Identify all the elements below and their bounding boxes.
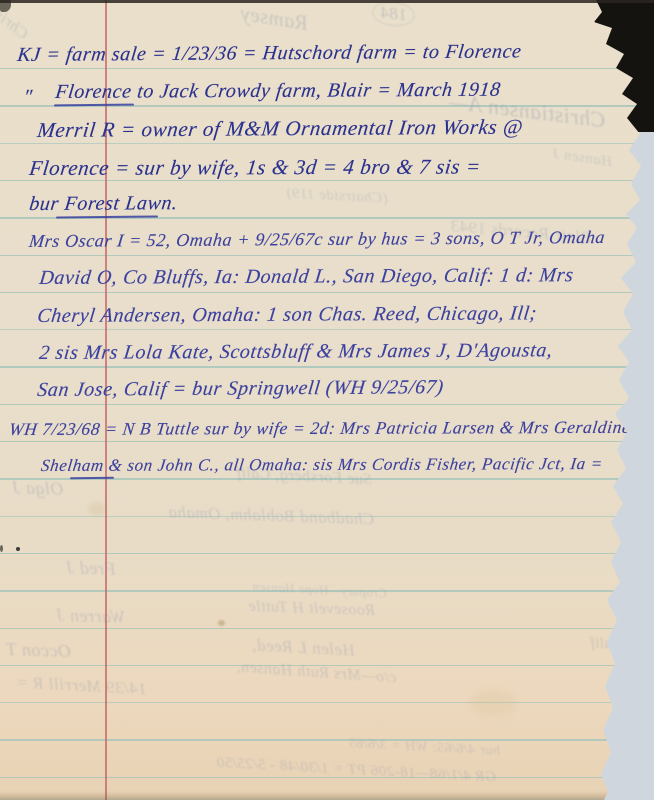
ruled-line [0,441,654,442]
ink-bleedthrough-text: 184 [371,0,416,28]
ink-bleedthrough-text: Ramsey [238,1,309,36]
ruled-line [0,553,654,554]
handwritten-line: WH 7/23/68 = N B Tuttle sur by wife = 2d… [8,417,632,439]
handwritten-line: KJ = farm sale = 1/23/36 = Hutschord far… [16,40,523,67]
ink-bleedthrough-text: Olga J [12,477,64,500]
ink-bleedthrough-text: Calif [589,635,623,654]
handwritten-line: Florence = sur by wife, 1s & 3d = 4 bro … [28,154,482,180]
handwritten-line: bur Forest Lawn. [28,192,179,216]
edge-speck [0,545,3,552]
ink-bleedthrough-text: (Chairside 119) [286,185,389,207]
ink-bleedthrough-text: Roosevelt H Tuttle [248,598,376,620]
ruled-line [0,702,654,703]
paper-stain [470,690,516,716]
ink-speck [16,547,20,551]
scan-top-edge [0,0,654,3]
scanned-page-scene: ChrisRamsey184Christiansen A—Hansen J(Ch… [0,0,654,800]
ink-bleedthrough-text: 14/39 Merrill R = [16,673,148,700]
ink-bleedthrough-text: Hansen J [551,146,613,171]
ink-bleedthrough-text: Helen L Reed, [252,635,356,660]
ink-bleedthrough-text: 11 [620,552,634,568]
handwritten-line: Mrs Oscar I = 52, Omaha + 9/25/67c sur b… [28,227,606,252]
ink-bleedthrough-text: Fred J [66,557,117,580]
ink-bleedthrough-text: Occon T [6,639,72,662]
ink-bleedthrough-text: Chadband Boblahm, Omaha [168,502,375,529]
ruled-line [0,292,654,293]
ink-bleedthrough-text: Warren J [56,605,126,628]
handwritten-line: 2 sis Mrs Lola Kate, Scottsbluff & Mrs J… [38,339,554,365]
ruled-line [0,143,654,144]
handwritten-line: Merril R = owner of M&M Ornamental Iron … [36,115,525,143]
handwritten-line: Cheryl Andersen, Omaha: 1 son Chas. Reed… [36,302,538,328]
ruled-line [0,329,654,330]
ruled-line [0,404,654,405]
notebook-page: ChrisRamsey184Christiansen A—Hansen J(Ch… [0,0,654,800]
ruled-line [0,68,654,69]
paper-stain [88,502,106,516]
handwritten-line: David O, Co Bluffs, Ia: Donald L., San D… [38,264,575,290]
ruled-line [0,628,654,629]
ruled-line [0,366,654,367]
handwritten-line: Shelham & son John C., all Omaha: sis Mr… [40,454,604,476]
ruled-line [0,739,654,740]
paper-stain [218,620,225,626]
bottom-edge-shadow [0,791,654,800]
ink-bleedthrough-text: 11 [614,672,628,688]
ink-bleedthrough-text: c/o—Mrs Ruth Hansen, [236,658,398,687]
ruled-line [0,255,654,256]
ruled-line [0,180,654,181]
handwritten-line: Florence to Jack Crowdy farm, Blair = Ma… [54,79,502,104]
ink-bleedthrough-text: GR 4/1/68—18-206 PT = 1/30/48 - 5/25/50 [216,755,497,787]
handwritten-line: San Jose, Calif = bur Springwell (WH 9/2… [36,376,445,402]
